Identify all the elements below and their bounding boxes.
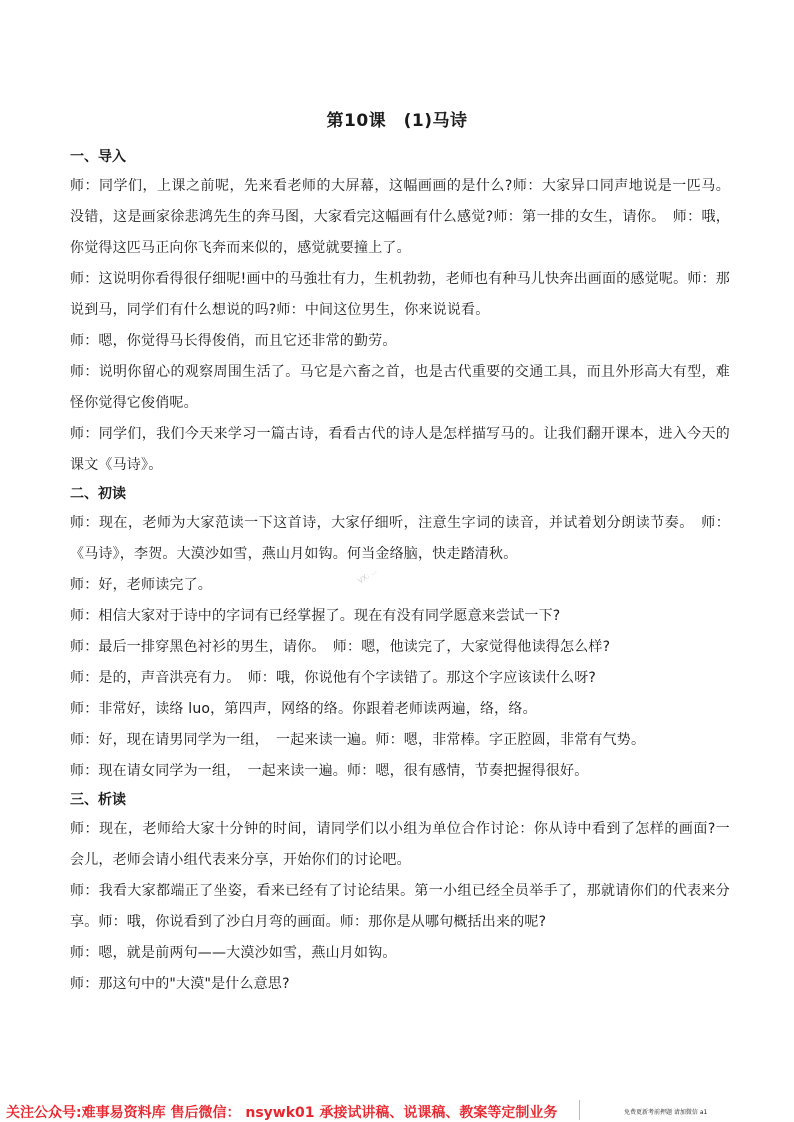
- paragraph: 师：好，现在请男同学为一组， 一起来读一遍。师：嗯，非常棒。字正腔圆，非常有气势…: [70, 725, 730, 756]
- section-heading: 二、初读: [70, 481, 730, 508]
- footer-divider: [579, 1100, 580, 1120]
- paragraph: 师：嗯，你觉得马长得俊俏，而且它还非常的勤劳。: [70, 326, 730, 357]
- paragraph: 师：那这句中的"大漠"是什么意思?: [70, 969, 730, 1000]
- section-first-reading: 二、初读 师：现在，老师为大家范读一下这首诗，大家仔细听，注意生字词的读音，并试…: [70, 481, 730, 787]
- paragraph: 师：说明你留心的观察周围生活了。马它是六畜之首，也是古代重要的交通工具，而且外形…: [70, 357, 730, 419]
- paragraph: 师：现在，老师给大家十分钟的时间，请同学们以小组为单位合作讨论：你从诗中看到了怎…: [70, 814, 730, 876]
- section-heading: 三、析读: [70, 787, 730, 814]
- paragraph: 师：这说明你看得很仔细呢!画中的马強壮有力，生机勃勃，老师也有种马儿快奔出画面的…: [70, 264, 730, 326]
- paragraph: 师：我看大家都端正了坐姿，看来已经有了讨论结果。第一小组已经全员举手了，那就请你…: [70, 876, 730, 938]
- document-body: 一、导入 师：同学们，上课之前呢，先来看老师的大屏幕，这幅画画的是什么?师：大家…: [70, 144, 730, 1000]
- paragraph: 师：非常好，读络 luo，第四声，网络的络。你跟着老师读两遍，络，络。: [70, 694, 730, 725]
- paragraph: 师：好，老师读完了。: [70, 570, 730, 601]
- section-analysis: 三、析读 师：现在，老师给大家十分钟的时间，请同学们以小组为单位合作讨论：你从诗…: [70, 787, 730, 1000]
- footer-promo: 关注公众号:难事易资料库 售后微信： nsywk01 承接试讲稿、说课稿、教案等…: [6, 1102, 557, 1122]
- paragraph: 师：同学们，我们今天来学习一篇古诗，看看古代的诗人是怎样描写马的。让我们翻开课本…: [70, 419, 730, 481]
- section-intro: 一、导入 师：同学们，上课之前呢，先来看老师的大屏幕，这幅画画的是什么?师：大家…: [70, 144, 730, 481]
- paragraph: 师：是的，声音洪亮有力。 师：哦，你说他有个字读错了。那这个字应该读什么呀?: [70, 663, 730, 694]
- paragraph: 师：最后一排穿黑色衬衫的男生，请你。 师：嗯，他读完了，大家觉得他读得怎么样?: [70, 632, 730, 663]
- footer: 关注公众号:难事易资料库 售后微信： nsywk01 承接试讲稿、说课稿、教案等…: [0, 1100, 794, 1122]
- paragraph: 师：嗯，就是前两句——大漠沙如雪，燕山月如钩。: [70, 938, 730, 969]
- page-title: 第10课 (1)马诗: [0, 106, 794, 131]
- paragraph: 师：现在请女同学为一组， 一起来读一遍。师：嗯，很有感情，节奏把握得很好。: [70, 756, 730, 787]
- footer-note: 免费更新考前押题 请加微信 a1: [624, 1107, 707, 1116]
- paragraph: 师：现在，老师为大家范读一下这首诗，大家仔细听，注意生字词的读音，并试着划分朗读…: [70, 508, 730, 570]
- section-heading: 一、导入: [70, 144, 730, 171]
- paragraph: 师：相信大家对于诗中的字词有已经掌握了。现在有没有同学愿意来尝试一下?: [70, 601, 730, 632]
- paragraph: 师：同学们，上课之前呢，先来看老师的大屏幕，这幅画画的是什么?师：大家异口同声地…: [70, 171, 730, 264]
